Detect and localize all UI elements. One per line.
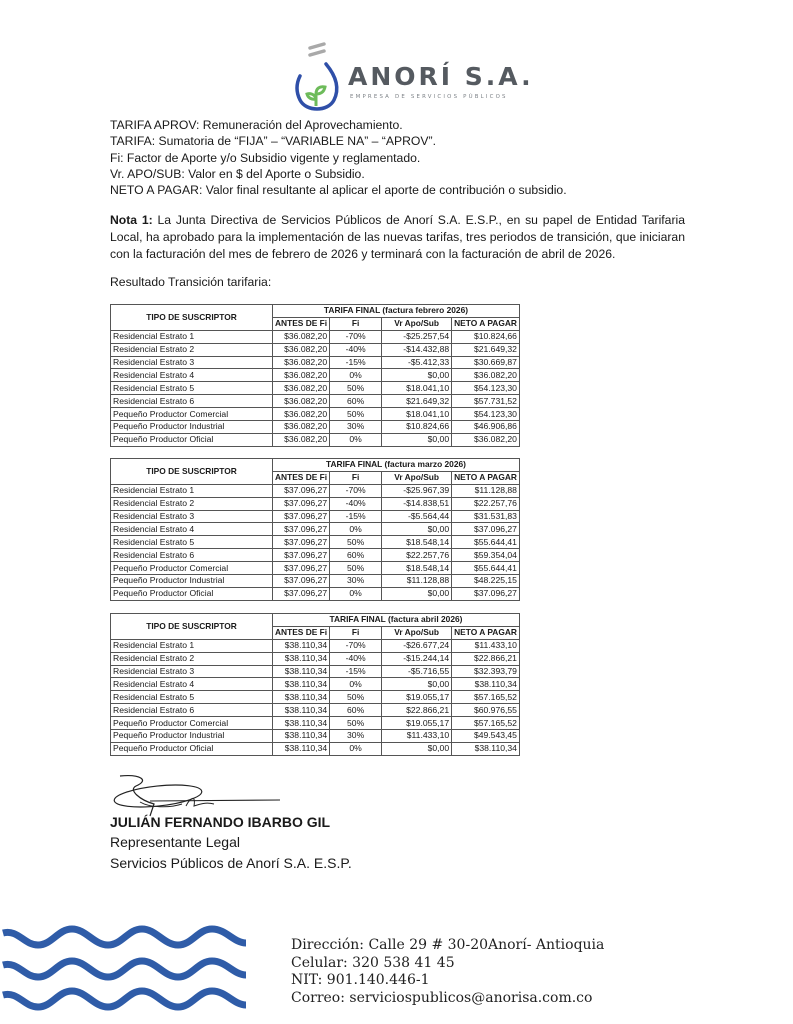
- cell-subscriber-type: Residencial Estrato 1: [111, 330, 273, 343]
- cell-subscriber-type: Pequeño Productor Industrial: [111, 421, 273, 434]
- contact-info: Dirección: Calle 29 # 30-20Anorí- Antioq…: [291, 937, 604, 1007]
- contact-address: Dirección: Calle 29 # 30-20Anorí- Antioq…: [291, 937, 604, 955]
- cell-neto-a-pagar: $60.976,55: [452, 704, 520, 717]
- cell-vr-apo-sub: $22.257,76: [382, 549, 452, 562]
- cell-fi-factor: -15%: [330, 665, 382, 678]
- cell-vr-apo-sub: -$5.716,55: [382, 665, 452, 678]
- cell-subscriber-type: Pequeño Productor Comercial: [111, 717, 273, 730]
- table-row: Pequeño Productor Industrial$38.110,3430…: [111, 730, 520, 743]
- cell-before-fi: $38.110,34: [273, 742, 330, 755]
- tariff-table: TIPO DE SUSCRIPTORTARIFA FINAL (factura …: [110, 458, 520, 601]
- table-row: Pequeño Productor Oficial$38.110,340%$0,…: [111, 742, 520, 755]
- cell-subscriber-type: Pequeño Productor Industrial: [111, 730, 273, 743]
- cell-fi-factor: -15%: [330, 356, 382, 369]
- cell-vr-apo-sub: $22.866,21: [382, 704, 452, 717]
- company-logo: ANORÍ S.A. EMPRESA DE SERVICIOS PÚBLICOS: [288, 42, 518, 114]
- cell-fi-factor: 60%: [330, 395, 382, 408]
- header-antes-de-fi: ANTES DE Fi: [273, 317, 330, 330]
- cell-neto-a-pagar: $22.257,76: [452, 497, 520, 510]
- cell-before-fi: $38.110,34: [273, 652, 330, 665]
- signer-organization: Servicios Públicos de Anorí S.A. E.S.P.: [110, 855, 352, 871]
- cell-vr-apo-sub: -$25.257,54: [382, 330, 452, 343]
- cell-fi-factor: 30%: [330, 421, 382, 434]
- cell-vr-apo-sub: $19.055,17: [382, 717, 452, 730]
- table-row: Residencial Estrato 1$37.096,27-70%-$25.…: [111, 484, 520, 497]
- header-tipo-suscriptor: TIPO DE SUSCRIPTOR: [111, 614, 273, 640]
- cell-vr-apo-sub: $0,00: [382, 369, 452, 382]
- cell-fi-factor: 50%: [330, 717, 382, 730]
- cell-vr-apo-sub: -$5.412,33: [382, 356, 452, 369]
- cell-fi-factor: 0%: [330, 742, 382, 755]
- cell-neto-a-pagar: $36.082,20: [452, 369, 520, 382]
- cell-vr-apo-sub: -$5.564,44: [382, 510, 452, 523]
- cell-subscriber-type: Residencial Estrato 1: [111, 484, 273, 497]
- cell-fi-factor: 0%: [330, 369, 382, 382]
- cell-vr-apo-sub: $18.548,14: [382, 562, 452, 575]
- cell-subscriber-type: Residencial Estrato 4: [111, 523, 273, 536]
- cell-vr-apo-sub: -$25.967,39: [382, 484, 452, 497]
- waves-decoration-icon: [0, 925, 260, 1015]
- table-row: Residencial Estrato 2$38.110,34-40%-$15.…: [111, 652, 520, 665]
- cell-before-fi: $37.096,27: [273, 497, 330, 510]
- cell-vr-apo-sub: $21.649,32: [382, 395, 452, 408]
- cell-subscriber-type: Residencial Estrato 3: [111, 665, 273, 678]
- definition-tarifa-aprov: TARIFA APROV: Remuneración del Aprovecha…: [110, 117, 567, 133]
- contact-email[interactable]: Correo: serviciospublicos@anorisa.com.co: [291, 990, 604, 1008]
- cell-subscriber-type: Residencial Estrato 2: [111, 343, 273, 356]
- cell-fi-factor: 30%: [330, 730, 382, 743]
- cell-subscriber-type: Pequeño Productor Oficial: [111, 433, 273, 446]
- cell-before-fi: $37.096,27: [273, 523, 330, 536]
- cell-vr-apo-sub: -$14.432,88: [382, 343, 452, 356]
- cell-neto-a-pagar: $54.123,30: [452, 382, 520, 395]
- table-row: Residencial Estrato 1$36.082,20-70%-$25.…: [111, 330, 520, 343]
- cell-vr-apo-sub: $10.824,66: [382, 421, 452, 434]
- signer-name: JULIÁN FERNANDO IBARBO GIL: [110, 814, 330, 830]
- cell-fi-factor: 30%: [330, 575, 382, 588]
- header-fi: Fi: [330, 626, 382, 639]
- table-row: Residencial Estrato 5$38.110,3450%$19.05…: [111, 691, 520, 704]
- cell-vr-apo-sub: $0,00: [382, 433, 452, 446]
- result-label: Resultado Transición tarifaria:: [110, 275, 271, 289]
- cell-before-fi: $38.110,34: [273, 704, 330, 717]
- cell-neto-a-pagar: $49.543,45: [452, 730, 520, 743]
- cell-neto-a-pagar: $57.165,52: [452, 691, 520, 704]
- cell-subscriber-type: Residencial Estrato 5: [111, 691, 273, 704]
- cell-before-fi: $37.096,27: [273, 562, 330, 575]
- contact-phone: Celular: 320 538 41 45: [291, 955, 604, 973]
- cell-before-fi: $36.082,20: [273, 343, 330, 356]
- cell-before-fi: $37.096,27: [273, 575, 330, 588]
- note-text: La Junta Directiva de Servicios Públicos…: [110, 213, 685, 261]
- cell-neto-a-pagar: $57.731,52: [452, 395, 520, 408]
- table-row: Pequeño Productor Comercial$37.096,2750%…: [111, 562, 520, 575]
- header-vr-apo-sub: Vr Apo/Sub: [382, 317, 452, 330]
- table-row: Residencial Estrato 3$37.096,27-15%-$5.5…: [111, 510, 520, 523]
- cell-subscriber-type: Pequeño Productor Oficial: [111, 742, 273, 755]
- table-row: Pequeño Productor Oficial$37.096,270%$0,…: [111, 587, 520, 600]
- cell-neto-a-pagar: $32.393,79: [452, 665, 520, 678]
- header-antes-de-fi: ANTES DE Fi: [273, 626, 330, 639]
- table-row: Residencial Estrato 5$36.082,2050%$18.04…: [111, 382, 520, 395]
- table-row: Residencial Estrato 6$37.096,2760%$22.25…: [111, 549, 520, 562]
- cell-before-fi: $36.082,20: [273, 421, 330, 434]
- cell-neto-a-pagar: $46.906,86: [452, 421, 520, 434]
- cell-before-fi: $38.110,34: [273, 717, 330, 730]
- cell-fi-factor: 50%: [330, 691, 382, 704]
- cell-fi-factor: 0%: [330, 433, 382, 446]
- cell-subscriber-type: Residencial Estrato 3: [111, 356, 273, 369]
- cell-neto-a-pagar: $31.531,83: [452, 510, 520, 523]
- cell-neto-a-pagar: $55.644,41: [452, 562, 520, 575]
- cell-subscriber-type: Residencial Estrato 6: [111, 395, 273, 408]
- cell-vr-apo-sub: $11.433,10: [382, 730, 452, 743]
- cell-before-fi: $38.110,34: [273, 678, 330, 691]
- cell-vr-apo-sub: -$15.244,14: [382, 652, 452, 665]
- header-fi: Fi: [330, 317, 382, 330]
- cell-vr-apo-sub: $18.041,10: [382, 408, 452, 421]
- table-row: Pequeño Productor Oficial$36.082,200%$0,…: [111, 433, 520, 446]
- water-drop-leaf-icon: [288, 42, 348, 114]
- cell-fi-factor: 0%: [330, 587, 382, 600]
- cell-before-fi: $37.096,27: [273, 536, 330, 549]
- cell-fi-factor: -70%: [330, 330, 382, 343]
- cell-before-fi: $37.096,27: [273, 484, 330, 497]
- tariff-table: TIPO DE SUSCRIPTORTARIFA FINAL (factura …: [110, 613, 520, 756]
- definitions-list: TARIFA APROV: Remuneración del Aprovecha…: [110, 117, 567, 198]
- cell-fi-factor: 0%: [330, 523, 382, 536]
- cell-neto-a-pagar: $57.165,52: [452, 717, 520, 730]
- cell-before-fi: $38.110,34: [273, 665, 330, 678]
- cell-before-fi: $38.110,34: [273, 730, 330, 743]
- cell-neto-a-pagar: $38.110,34: [452, 678, 520, 691]
- cell-fi-factor: 60%: [330, 704, 382, 717]
- cell-fi-factor: 0%: [330, 678, 382, 691]
- table-row: Residencial Estrato 5$37.096,2750%$18.54…: [111, 536, 520, 549]
- table-row: Residencial Estrato 2$37.096,27-40%-$14.…: [111, 497, 520, 510]
- cell-subscriber-type: Residencial Estrato 4: [111, 678, 273, 691]
- definition-fi: Fi: Factor de Aporte y/o Subsidio vigent…: [110, 150, 567, 166]
- cell-neto-a-pagar: $30.669,87: [452, 356, 520, 369]
- header-neto-a-pagar: NETO A PAGAR: [452, 626, 520, 639]
- cell-vr-apo-sub: $11.128,88: [382, 575, 452, 588]
- cell-neto-a-pagar: $55.644,41: [452, 536, 520, 549]
- table-row: Residencial Estrato 4$38.110,340%$0,00$3…: [111, 678, 520, 691]
- cell-fi-factor: 60%: [330, 549, 382, 562]
- table-row: Pequeño Productor Industrial$37.096,2730…: [111, 575, 520, 588]
- cell-subscriber-type: Pequeño Productor Comercial: [111, 408, 273, 421]
- cell-vr-apo-sub: $0,00: [382, 678, 452, 691]
- cell-before-fi: $36.082,20: [273, 356, 330, 369]
- table-row: Residencial Estrato 3$36.082,20-15%-$5.4…: [111, 356, 520, 369]
- header-tipo-suscriptor: TIPO DE SUSCRIPTOR: [111, 305, 273, 331]
- table-row: Pequeño Productor Comercial$38.110,3450%…: [111, 717, 520, 730]
- cell-vr-apo-sub: $18.041,10: [382, 382, 452, 395]
- cell-before-fi: $36.082,20: [273, 382, 330, 395]
- cell-fi-factor: 50%: [330, 536, 382, 549]
- cell-before-fi: $38.110,34: [273, 639, 330, 652]
- cell-fi-factor: -40%: [330, 652, 382, 665]
- table-title: TARIFA FINAL (factura abril 2026): [273, 614, 520, 627]
- cell-subscriber-type: Pequeño Productor Oficial: [111, 587, 273, 600]
- cell-before-fi: $37.096,27: [273, 587, 330, 600]
- cell-neto-a-pagar: $37.096,27: [452, 523, 520, 536]
- cell-subscriber-type: Residencial Estrato 4: [111, 369, 273, 382]
- cell-before-fi: $36.082,20: [273, 395, 330, 408]
- header-tipo-suscriptor: TIPO DE SUSCRIPTOR: [111, 459, 273, 485]
- signature-icon: [110, 770, 290, 818]
- cell-subscriber-type: Residencial Estrato 3: [111, 510, 273, 523]
- cell-subscriber-type: Residencial Estrato 2: [111, 497, 273, 510]
- definition-neto-a-pagar: NETO A PAGAR: Valor final resultante al …: [110, 182, 567, 198]
- header-neto-a-pagar: NETO A PAGAR: [452, 317, 520, 330]
- cell-neto-a-pagar: $11.433,10: [452, 639, 520, 652]
- table-title: TARIFA FINAL (factura marzo 2026): [273, 459, 520, 472]
- cell-subscriber-type: Residencial Estrato 5: [111, 536, 273, 549]
- cell-subscriber-type: Residencial Estrato 5: [111, 382, 273, 395]
- cell-subscriber-type: Residencial Estrato 1: [111, 639, 273, 652]
- cell-subscriber-type: Pequeño Productor Industrial: [111, 575, 273, 588]
- cell-fi-factor: 50%: [330, 382, 382, 395]
- brand-tagline: EMPRESA DE SERVICIOS PÚBLICOS: [350, 94, 508, 100]
- cell-subscriber-type: Residencial Estrato 6: [111, 549, 273, 562]
- cell-neto-a-pagar: $48.225,15: [452, 575, 520, 588]
- cell-vr-apo-sub: $0,00: [382, 587, 452, 600]
- cell-neto-a-pagar: $11.128,88: [452, 484, 520, 497]
- definition-tarifa: TARIFA: Sumatoria de “FIJA” – “VARIABLE …: [110, 133, 567, 149]
- cell-fi-factor: -40%: [330, 497, 382, 510]
- header-vr-apo-sub: Vr Apo/Sub: [382, 471, 452, 484]
- cell-vr-apo-sub: $0,00: [382, 742, 452, 755]
- header-vr-apo-sub: Vr Apo/Sub: [382, 626, 452, 639]
- contact-nit: NIT: 901.140.446-1: [291, 972, 604, 990]
- cell-neto-a-pagar: $36.082,20: [452, 433, 520, 446]
- table-row: Pequeño Productor Comercial$36.082,2050%…: [111, 408, 520, 421]
- signer-role: Representante Legal: [110, 834, 240, 850]
- table-row: Residencial Estrato 6$38.110,3460%$22.86…: [111, 704, 520, 717]
- cell-neto-a-pagar: $10.824,66: [452, 330, 520, 343]
- header-antes-de-fi: ANTES DE Fi: [273, 471, 330, 484]
- table-title: TARIFA FINAL (factura febrero 2026): [273, 305, 520, 318]
- cell-neto-a-pagar: $21.649,32: [452, 343, 520, 356]
- cell-fi-factor: 50%: [330, 408, 382, 421]
- brand-name: ANORÍ S.A.: [348, 62, 534, 91]
- cell-vr-apo-sub: -$14.838,51: [382, 497, 452, 510]
- cell-before-fi: $36.082,20: [273, 433, 330, 446]
- cell-subscriber-type: Residencial Estrato 2: [111, 652, 273, 665]
- cell-before-fi: $36.082,20: [273, 408, 330, 421]
- cell-neto-a-pagar: $37.096,27: [452, 587, 520, 600]
- cell-neto-a-pagar: $22.866,21: [452, 652, 520, 665]
- tariff-table: TIPO DE SUSCRIPTORTARIFA FINAL (factura …: [110, 304, 520, 447]
- cell-before-fi: $36.082,20: [273, 369, 330, 382]
- cell-neto-a-pagar: $38.110,34: [452, 742, 520, 755]
- table-row: Residencial Estrato 4$36.082,200%$0,00$3…: [111, 369, 520, 382]
- cell-fi-factor: 50%: [330, 562, 382, 575]
- cell-before-fi: $37.096,27: [273, 510, 330, 523]
- header-fi: Fi: [330, 471, 382, 484]
- cell-vr-apo-sub: $18.548,14: [382, 536, 452, 549]
- cell-fi-factor: -40%: [330, 343, 382, 356]
- table-row: Residencial Estrato 3$38.110,34-15%-$5.7…: [111, 665, 520, 678]
- table-row: Residencial Estrato 2$36.082,20-40%-$14.…: [111, 343, 520, 356]
- note-paragraph: Nota 1: La Junta Directiva de Servicios …: [110, 212, 685, 263]
- cell-fi-factor: -70%: [330, 484, 382, 497]
- cell-subscriber-type: Residencial Estrato 6: [111, 704, 273, 717]
- cell-vr-apo-sub: $19.055,17: [382, 691, 452, 704]
- cell-before-fi: $38.110,34: [273, 691, 330, 704]
- cell-neto-a-pagar: $54.123,30: [452, 408, 520, 421]
- cell-vr-apo-sub: -$26.677,24: [382, 639, 452, 652]
- header-neto-a-pagar: NETO A PAGAR: [452, 471, 520, 484]
- cell-neto-a-pagar: $59.354,04: [452, 549, 520, 562]
- table-row: Residencial Estrato 1$38.110,34-70%-$26.…: [111, 639, 520, 652]
- cell-fi-factor: -70%: [330, 639, 382, 652]
- cell-subscriber-type: Pequeño Productor Comercial: [111, 562, 273, 575]
- cell-before-fi: $37.096,27: [273, 549, 330, 562]
- cell-before-fi: $36.082,20: [273, 330, 330, 343]
- cell-vr-apo-sub: $0,00: [382, 523, 452, 536]
- definition-vr-apo-sub: Vr. APO/SUB: Valor en $ del Aporte o Sub…: [110, 166, 567, 182]
- note-label: Nota 1:: [110, 213, 153, 227]
- table-row: Residencial Estrato 4$37.096,270%$0,00$3…: [111, 523, 520, 536]
- table-row: Residencial Estrato 6$36.082,2060%$21.64…: [111, 395, 520, 408]
- cell-fi-factor: -15%: [330, 510, 382, 523]
- table-row: Pequeño Productor Industrial$36.082,2030…: [111, 421, 520, 434]
